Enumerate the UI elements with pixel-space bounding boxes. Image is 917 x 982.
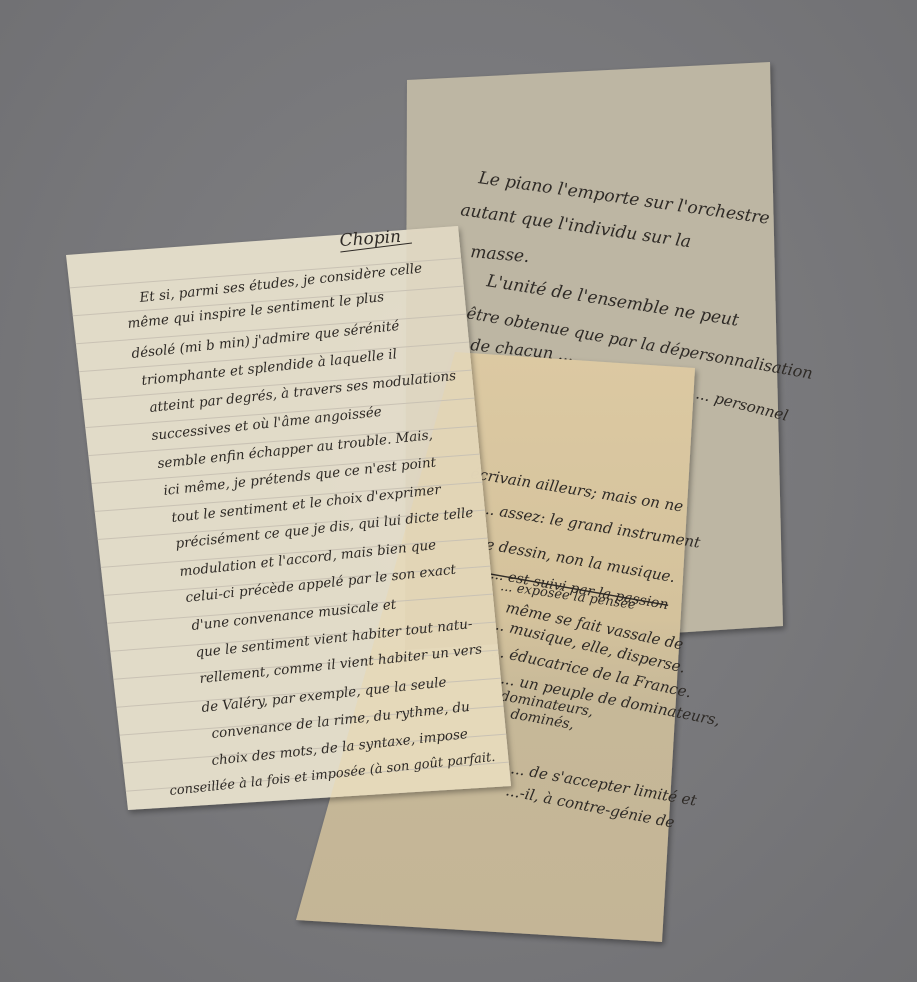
heading-chopin: Chopin xyxy=(339,227,402,251)
front-page-handwriting: Chopin Et si, parmi ses études, je consi… xyxy=(0,0,917,982)
